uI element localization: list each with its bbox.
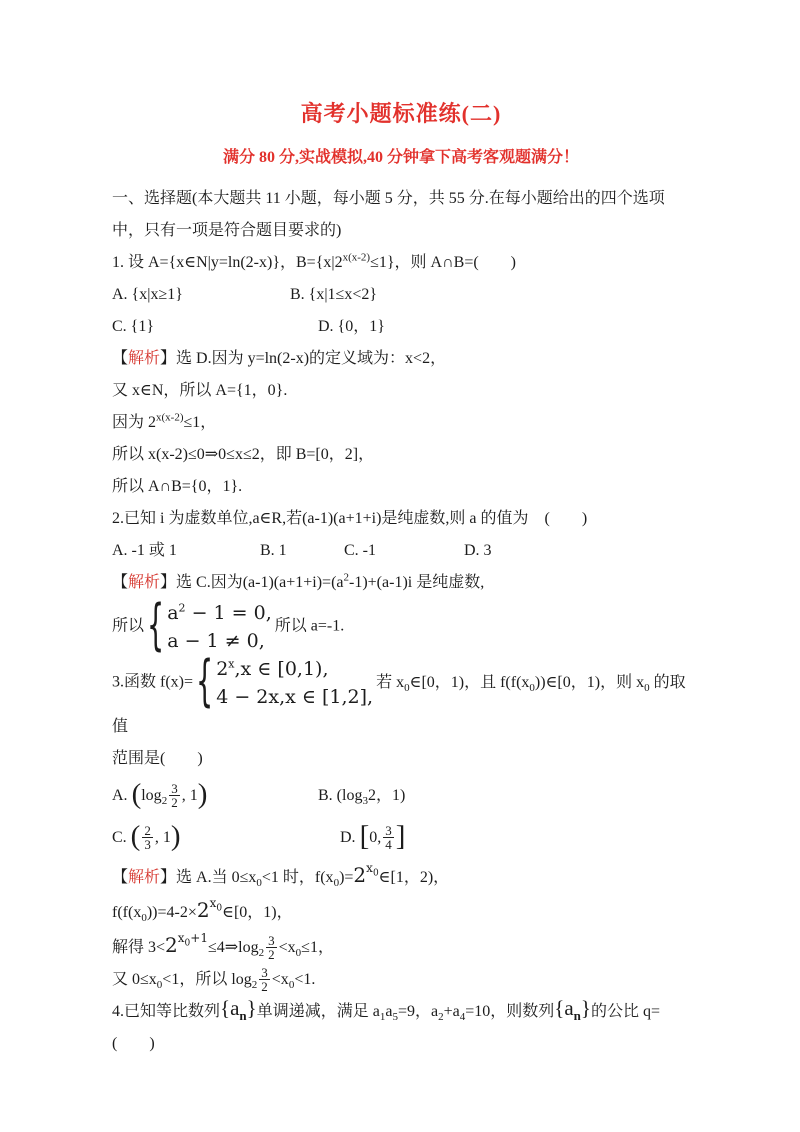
piecewise-line-1: 2x,x ∈ [0,1),: [216, 655, 373, 683]
q2-option-c: C. -1: [344, 535, 464, 567]
q2-equation-system: 所以{a2 − 1 = 0,a − 1 ≠ 0,所以 a=-1.: [112, 599, 690, 655]
q3-option-a: A. (log232, 1): [112, 775, 318, 817]
q3-analysis-line: 又 0≤x0<1，所以 log232<x0<1.: [112, 964, 690, 996]
q2-analysis-line: 【解析】选 C.因为(a-1)(a+1+i)=(a2-1)+(a-1)i 是纯虚…: [112, 567, 690, 599]
page-subtitle: 满分 80 分,实战模拟,40 分钟拿下高考客观题满分！: [112, 144, 690, 167]
system-suffix: 所以 a=-1.: [275, 618, 344, 635]
q2-option-d: D. 3: [464, 535, 492, 567]
q3-analysis-line: 解得 3<2x0+1≤4⇒log232<x0≤1，: [112, 929, 690, 964]
system-line-1: a2 − 1 = 0,: [167, 599, 272, 627]
system-prefix: 所以: [112, 618, 144, 635]
q3-options-row-2: C. (23, 1) D. [0,34]: [112, 817, 690, 859]
q1-option-d: D. {0，1}: [318, 311, 385, 343]
piecewise-line-2: 4 − 2x,x ∈ [1,2],: [216, 683, 373, 711]
q3-options-row-1: A. (log232, 1) B. (log32，1): [112, 775, 690, 817]
q4-stem: 4.已知等比数列{an}单调递减，满足 a1a5=9，a2+a4=10，则数列{…: [112, 996, 690, 1060]
q3-option-d: D. [0,34]: [340, 817, 405, 859]
q1-analysis-line: 又 x∈N，所以 A={1，0}.: [112, 375, 690, 407]
q1-option-b: B. {x|1≤x<2}: [290, 279, 377, 311]
q1-options-row-1: A. {x|x≥1} B. {x|1≤x<2}: [112, 279, 690, 311]
q3-stem-continuation: 范围是( ): [112, 743, 690, 775]
q3-stem: 3.函数 f(x)={2x,x ∈ [0,1),4 − 2x,x ∈ [1,2]…: [112, 655, 690, 743]
piecewise-function-block: {2x,x ∈ [0,1),4 − 2x,x ∈ [1,2],: [196, 655, 373, 711]
q1-analysis-line: 【解析】选 D.因为 y=ln(2-x)的定义域为：x<2，: [112, 343, 690, 375]
q3-analysis-line: f(f(x0))=4-2×2x0∈[0，1)，: [112, 894, 690, 929]
page-title: 高考小题标准练(二): [112, 97, 690, 128]
exam-page: 高考小题标准练(二) 满分 80 分,实战模拟,40 分钟拿下高考客观题满分！ …: [0, 0, 800, 1132]
q2-option-b: B. 1: [260, 535, 344, 567]
section-intro: 一、选择题(本大题共 11 小题，每小题 5 分，共 55 分.在每小题给出的四…: [112, 183, 690, 247]
equation-system-block: {a2 − 1 = 0,a − 1 ≠ 0,: [147, 599, 272, 655]
q1-analysis-line: 因为 2x(x-2)≤1，: [112, 407, 690, 439]
q3-option-b: B. (log32，1): [318, 775, 405, 817]
q3-stem-prefix: 3.函数 f(x)=: [112, 674, 193, 691]
system-line-2: a − 1 ≠ 0,: [167, 627, 272, 655]
q2-options-row: A. -1 或 1 B. 1 C. -1 D. 3: [112, 535, 690, 567]
q1-option-c: C. {1}: [112, 311, 318, 343]
q1-analysis-line: 所以 x(x-2)≤0⇒0≤x≤2，即 B=[0，2]，: [112, 439, 690, 471]
q1-options-row-2: C. {1} D. {0，1}: [112, 311, 690, 343]
q1-analysis-line: 所以 A∩B={0，1}.: [112, 471, 690, 503]
q3-analysis-line: 【解析】选 A.当 0≤x0<1 时，f(x0)=2x0∈[1，2)，: [112, 859, 690, 894]
q2-option-a: A. -1 或 1: [112, 535, 260, 567]
q1-option-a: A. {x|x≥1}: [112, 279, 290, 311]
q2-stem: 2.已知 i 为虚数单位,a∈R,若(a-1)(a+1+i)是纯虚数,则 a 的…: [112, 503, 690, 535]
q1-stem: 1. 设 A={x∈N|y=ln(2-x)}，B={x|2x(x-2)≤1}，则…: [112, 247, 690, 279]
q3-option-c: C. (23, 1): [112, 817, 340, 859]
